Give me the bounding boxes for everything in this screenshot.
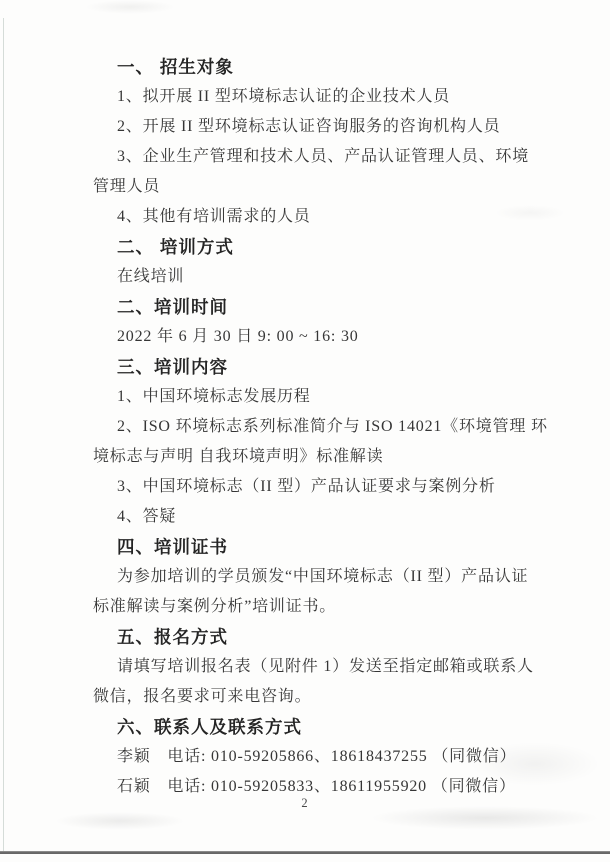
document-line: 在线培训 bbox=[93, 262, 541, 292]
document-line: 1、中国环境标志发展历程 bbox=[93, 382, 541, 412]
document-line: 2022 年 6 月 30 日 9: 00 ~ 16: 30 bbox=[93, 322, 541, 352]
document-line: 4、答疑 bbox=[93, 502, 541, 532]
document-line: 为参加培训的学员颁发“中国环境标志（II 型）产品认证 bbox=[93, 562, 541, 592]
section-heading: 三、培训内容 bbox=[93, 352, 541, 382]
scan-artifact bbox=[85, 0, 175, 14]
page-number: 2 bbox=[0, 796, 610, 811]
section-heading: 二、 培训方式 bbox=[93, 232, 541, 262]
section-heading: 一、 招生对象 bbox=[93, 52, 541, 82]
document-line: 管理人员 bbox=[93, 172, 541, 202]
section-heading: 四、培训证书 bbox=[93, 532, 541, 562]
document-line: 2、开展 II 型环境标志认证咨询服务的咨询机构人员 bbox=[93, 112, 541, 142]
document-line: 微信，报名要求可来电咨询。 bbox=[93, 682, 541, 712]
section-heading: 二、培训时间 bbox=[93, 292, 541, 322]
document-line: 1、拟开展 II 型环境标志认证的企业技术人员 bbox=[93, 82, 541, 112]
document-line: 4、其他有培训需求的人员 bbox=[93, 202, 541, 232]
document-body: 一、 招生对象1、拟开展 II 型环境标志认证的企业技术人员2、开展 II 型环… bbox=[93, 52, 541, 802]
document-line: 标准解读与案例分析”培训证书。 bbox=[93, 592, 541, 622]
document-line: 李颖 电话: 010-59205866、18618437255 （同微信） bbox=[93, 742, 541, 772]
scan-artifact bbox=[55, 812, 185, 830]
section-heading: 五、报名方式 bbox=[93, 622, 541, 652]
scan-left-edge bbox=[3, 18, 4, 852]
scan-bottom-edge bbox=[0, 851, 610, 854]
document-line: 3、中国环境标志（II 型）产品认证要求与案例分析 bbox=[93, 472, 541, 502]
scanned-page: 一、 招生对象1、拟开展 II 型环境标志认证的企业技术人员2、开展 II 型环… bbox=[0, 0, 610, 862]
document-line: 请填写培训报名表（见附件 1）发送至指定邮箱或联系人 bbox=[93, 652, 541, 682]
document-line: 2、ISO 环境标志系列标准简介与 ISO 14021《环境管理 环 bbox=[93, 412, 541, 442]
document-line: 3、企业生产管理和技术人员、产品认证管理人员、环境 bbox=[93, 142, 541, 172]
document-line: 境标志与声明 自我环境声明》标准解读 bbox=[93, 442, 541, 472]
section-heading: 六、联系人及联系方式 bbox=[93, 712, 541, 742]
